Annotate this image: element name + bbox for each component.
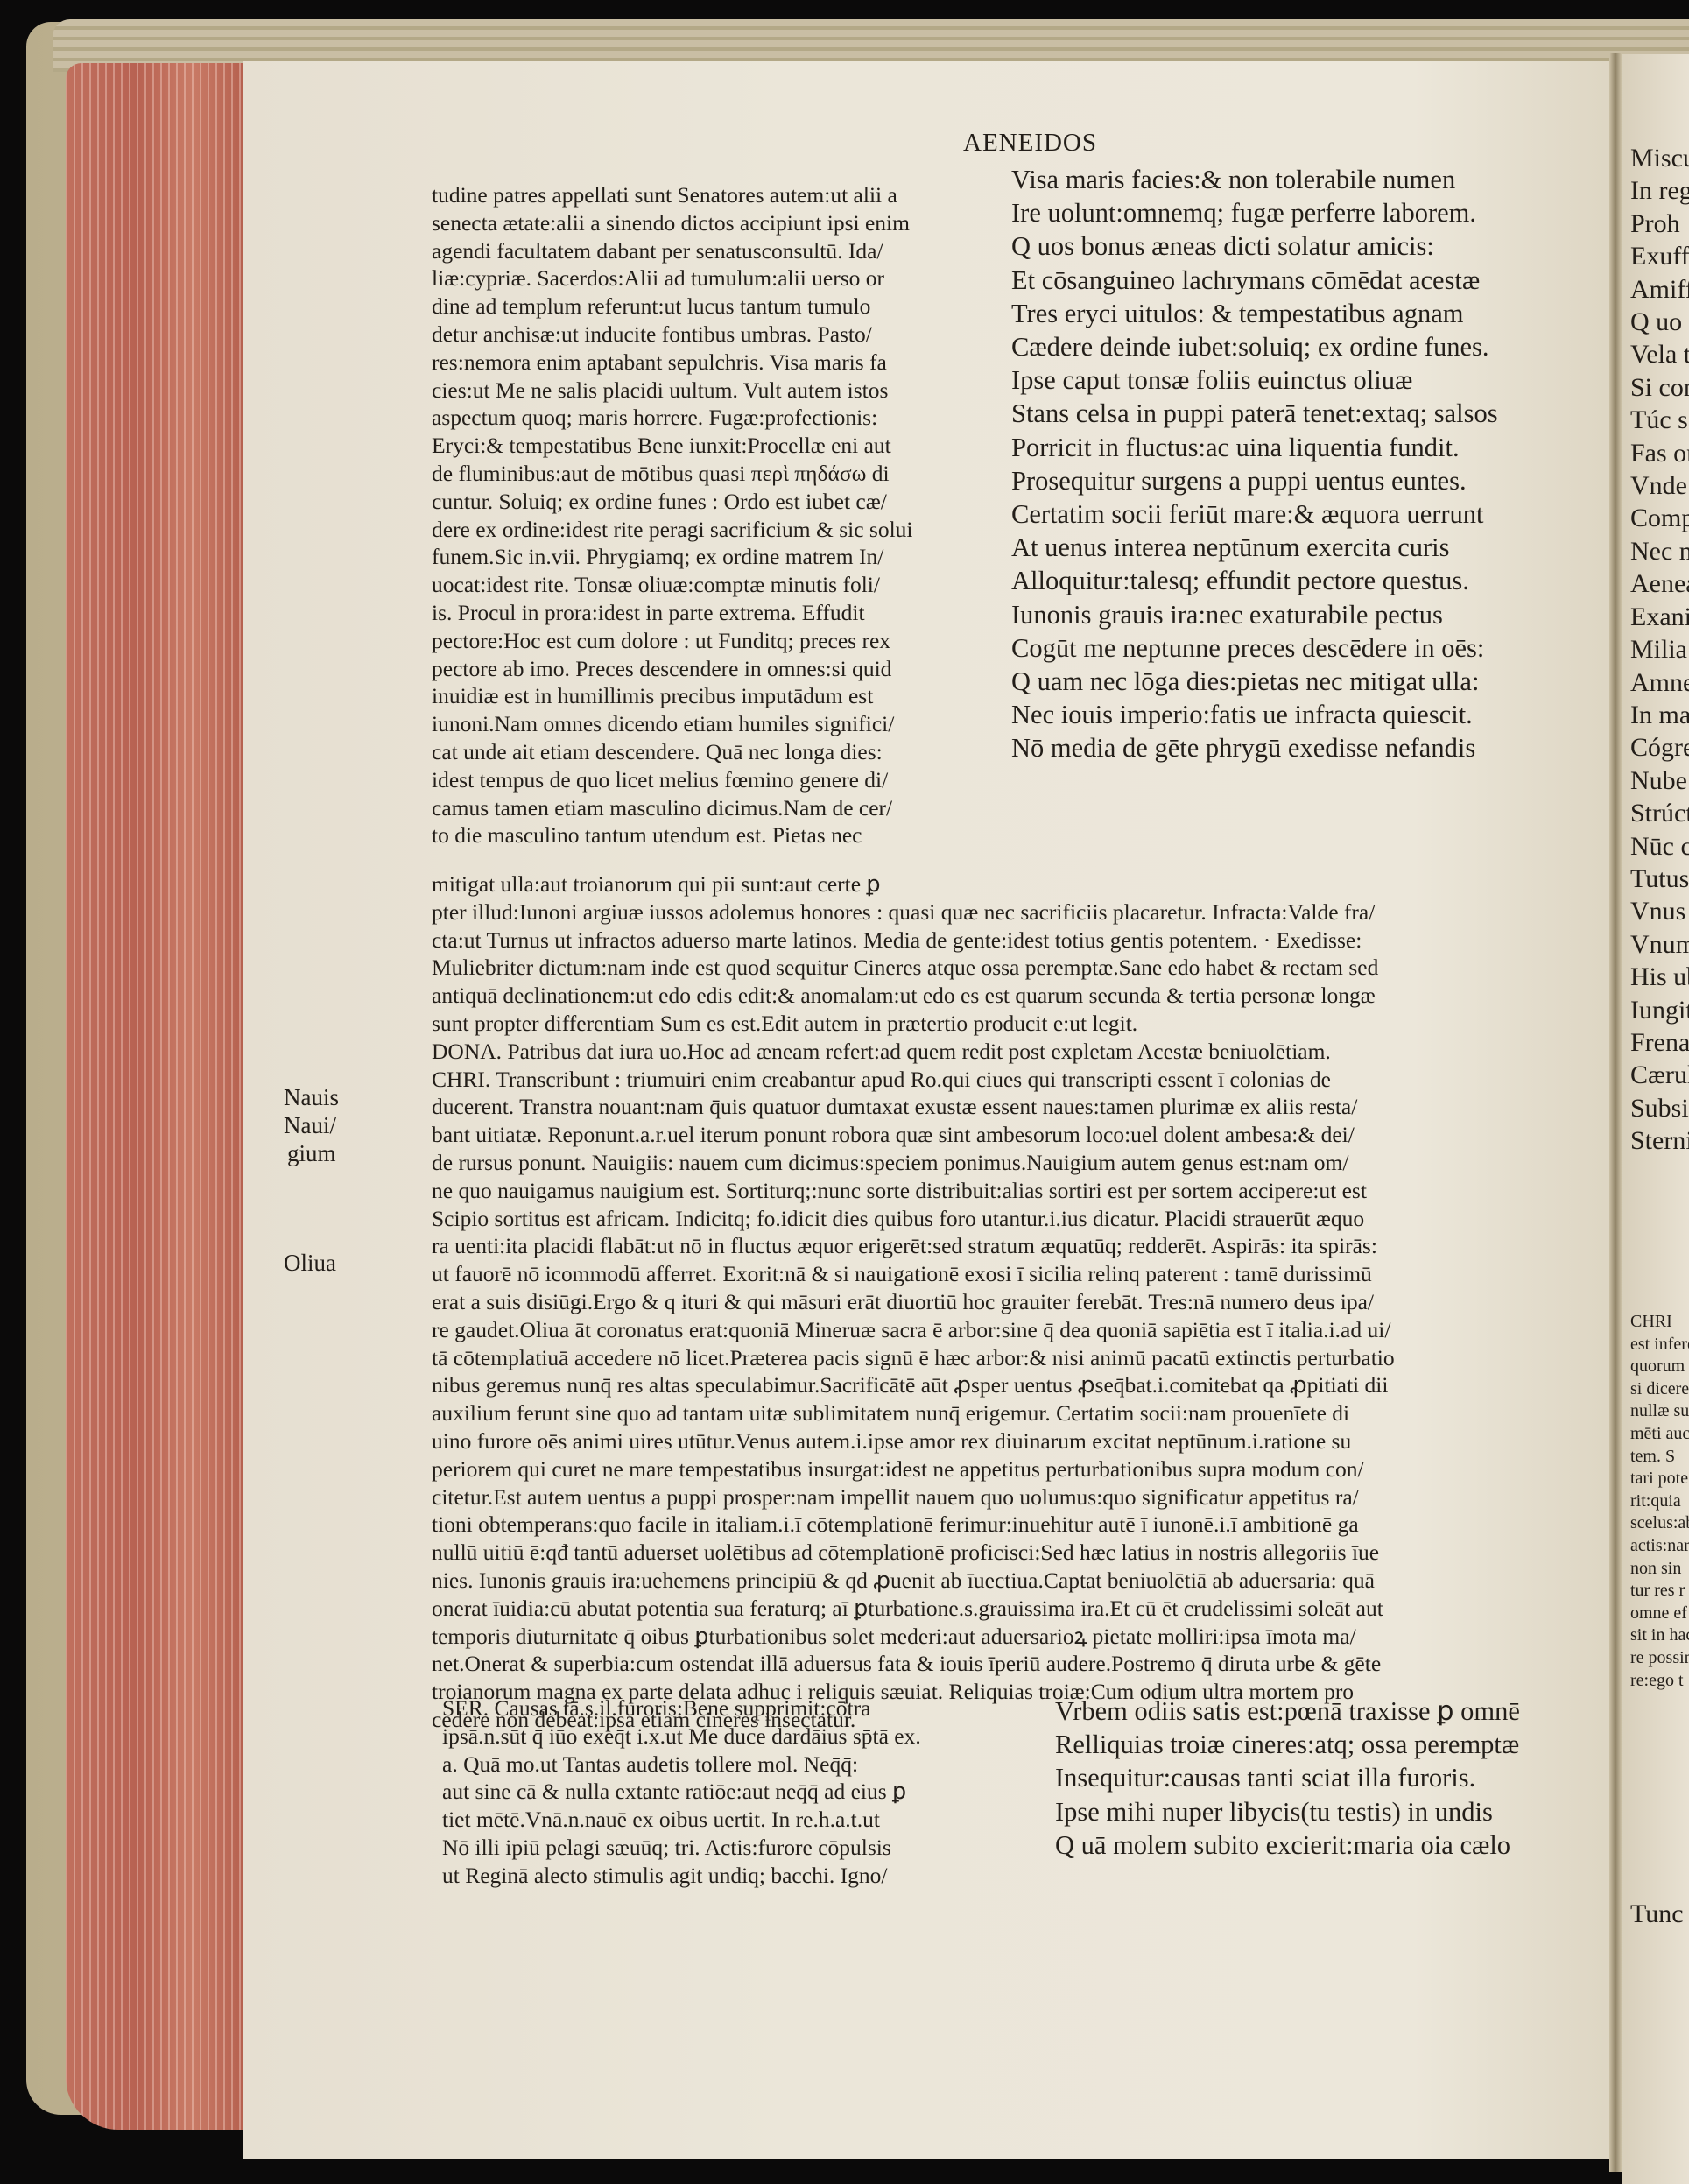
text-line: citetur.Est autem uentus a puppi prosper… bbox=[432, 1483, 1539, 1511]
text-line: senecta ætate:alii a sinendo dictos acci… bbox=[432, 209, 1010, 237]
text-line: CHRI. Transcribunt : triumuiri enim crea… bbox=[432, 1066, 1539, 1094]
text-line: Strúct bbox=[1630, 797, 1689, 829]
text-line: actis:nar bbox=[1630, 1535, 1689, 1558]
text-line: tā cōtemplatiuā accedere nō licet.Præter… bbox=[432, 1344, 1539, 1372]
text-line: Cædere deinde iubet:soluiq; ex ordine fu… bbox=[1011, 330, 1537, 363]
text-line: Insequitur:causas tanti sciat illa furor… bbox=[1055, 1761, 1545, 1794]
text-line: Alloquitur:talesq; effundit pectore ques… bbox=[1011, 564, 1537, 597]
text-line: to die masculino tantum utendum est. Pie… bbox=[432, 821, 1010, 849]
text-line: liæ:cypriæ. Sacerdos:Alii ad tumulum:ali… bbox=[432, 264, 1010, 292]
text-line: aut sine cā & nulla extante ratiōe:aut n… bbox=[442, 1778, 1020, 1806]
text-line: Túc sa bbox=[1630, 404, 1689, 436]
facing-page: MiscuIn regProhExuffAmiffQ uoVela tSi co… bbox=[1622, 54, 1689, 2184]
text-line: Exanim bbox=[1630, 601, 1689, 633]
text-line: Q uā molem subito excierit:maria oia cæl… bbox=[1055, 1828, 1545, 1862]
text-line: Et cōsanguineo lachrymans cōmēdat acestæ bbox=[1011, 264, 1537, 297]
text-line: Ipse caput tonsæ foliis euinctus oliuæ bbox=[1011, 363, 1537, 397]
text-line: ut Reginā alecto stimulis agit undiq; ba… bbox=[442, 1862, 1020, 1890]
text-line: Ipse mihi nuper libycis(tu testis) in un… bbox=[1055, 1795, 1545, 1828]
text-line: aspectum quoq; maris horrere. Fugæ:profe… bbox=[432, 404, 1010, 432]
text-line: idest tempus de quo licet melius fœmino … bbox=[432, 766, 1010, 794]
text-line: is. Procul in prora:idest in parte extre… bbox=[432, 599, 1010, 627]
commentary-top-left: tudine patres appellati sunt Senatores a… bbox=[432, 181, 1010, 849]
text-line: Frena f bbox=[1630, 1026, 1689, 1059]
text-line: auxilium ferunt sine quo ad tantam uitæ … bbox=[432, 1399, 1539, 1427]
text-line: Milia bbox=[1630, 633, 1689, 666]
text-line: quorum bbox=[1630, 1356, 1689, 1378]
text-line: de fluminibus:aut de mōtibus quasi περὶ … bbox=[432, 460, 1010, 488]
text-line: Visa maris facies:& non tolerabile numen bbox=[1011, 163, 1537, 196]
text-line: rit:quia bbox=[1630, 1490, 1689, 1513]
red-page-edges bbox=[66, 63, 245, 2130]
text-line: inuidiæ est in humillimis precibus imput… bbox=[432, 682, 1010, 710]
text-line: periorem qui curet ne mare tempestatibus… bbox=[432, 1455, 1539, 1483]
text-line: Tres eryci uitulos: & tempestatibus agna… bbox=[1011, 297, 1537, 330]
text-line: funem.Sic in.vii. Phrygiamq; ex ordine m… bbox=[432, 543, 1010, 571]
text-line: si diceret bbox=[1630, 1378, 1689, 1401]
text-line: uino furore oēs animi uires utūtur.Venus… bbox=[432, 1427, 1539, 1455]
commentary-bottom-left: SER. Causas tā.s.il.furoris:Bene supprim… bbox=[442, 1694, 1020, 1890]
text-line: camus tamen etiam masculino dicimus.Nam … bbox=[432, 794, 1010, 822]
text-line: cuntur. Soluiq; ex ordine funes : Ordo e… bbox=[432, 488, 1010, 516]
text-line: erat a suis disiūgi.Ergo & q ituri & qui… bbox=[432, 1288, 1539, 1316]
text-line: re:ego t bbox=[1630, 1670, 1689, 1693]
text-line: mēti auc bbox=[1630, 1423, 1689, 1446]
text-line: ut fauorē nō icommodū afferret. Exorit:n… bbox=[432, 1260, 1539, 1288]
text-line: sit in hac bbox=[1630, 1624, 1689, 1647]
text-line: Cógres bbox=[1630, 731, 1689, 764]
text-line: nullæ su bbox=[1630, 1400, 1689, 1423]
text-line: antiquā declinationem:ut edo edis edit:&… bbox=[432, 982, 1539, 1010]
text-line: a. Quā mo.ut Tantas audetis tollere mol.… bbox=[442, 1751, 1020, 1779]
text-line: cies:ut Me ne salis placidi uultum. Vult… bbox=[432, 377, 1010, 405]
text-line: Relliquias troiæ cineres:atq; ossa perem… bbox=[1055, 1728, 1545, 1761]
text-line: Si con bbox=[1630, 371, 1689, 404]
text-line: Scipio sortitus est africam. Indicitq; f… bbox=[432, 1205, 1539, 1233]
text-line: de rursus ponunt. Nauigiis: nauem cum di… bbox=[432, 1149, 1539, 1177]
text-line: Amnes bbox=[1630, 666, 1689, 699]
text-line: Vela t bbox=[1630, 338, 1689, 370]
facing-page-tail: Tunc bbox=[1630, 1898, 1684, 1930]
text-line: Comp bbox=[1630, 502, 1689, 534]
text-line: At uenus interea neptūnum exercita curis bbox=[1011, 531, 1537, 564]
text-line: tari pote bbox=[1630, 1468, 1689, 1490]
text-line: Vrbem odiis satis est:pœnā traxisse ꝑ om… bbox=[1055, 1694, 1545, 1728]
text-line: ra uenti:ita placidi flabāt:ut nō in flu… bbox=[432, 1232, 1539, 1260]
text-line: Proh bbox=[1630, 208, 1689, 240]
text-line: pectore ab imo. Preces descendere in omn… bbox=[432, 655, 1010, 683]
text-line: Porricit in fluctus:ac uina liquentia fu… bbox=[1011, 431, 1537, 464]
text-line: Prosequitur surgens a puppi uentus eunte… bbox=[1011, 464, 1537, 497]
text-line: Exuff bbox=[1630, 240, 1689, 272]
verse-top-right: Visa maris facies:& non tolerabile numen… bbox=[1011, 163, 1537, 765]
text-line: His ub bbox=[1630, 961, 1689, 993]
text-line: Stans celsa in puppi paterā tenet:extaq;… bbox=[1011, 397, 1537, 430]
text-line: dere ex ordine:idest rite peragi sacrifi… bbox=[432, 516, 1010, 544]
text-line: Nec iouis imperio:fatis ue infracta quie… bbox=[1011, 698, 1537, 731]
text-line: pectore:Hoc est cum dolore : ut Funditq;… bbox=[432, 627, 1010, 655]
text-line: Amiff bbox=[1630, 273, 1689, 306]
verse-bottom-right: Vrbem odiis satis est:pœnā traxisse ꝑ om… bbox=[1055, 1694, 1545, 1862]
text-line: est infere bbox=[1630, 1334, 1689, 1356]
text-line: Tutus bbox=[1630, 863, 1689, 895]
text-line: Sternit bbox=[1630, 1124, 1689, 1157]
text-line: iunoni.Nam omnes dicendo etiam humiles s… bbox=[432, 710, 1010, 738]
marginal-note: Nauis bbox=[284, 1084, 339, 1112]
text-line: pter illud:Iunoni argiuæ iussos adolemus… bbox=[432, 898, 1539, 926]
text-line: onerat īuidia:cū abutat potentia sua fer… bbox=[432, 1595, 1539, 1623]
commentary-full-width: mitigat ulla:aut troianorum qui pii sunt… bbox=[432, 870, 1539, 1734]
text-line: net.Onerat & superbia:cum ostendat illā … bbox=[432, 1650, 1539, 1678]
text-line: Ire uolunt:omnemq; fugæ perferre laborem… bbox=[1011, 196, 1537, 229]
text-line: nies. Iunonis grauis ira:uehemens princi… bbox=[432, 1567, 1539, 1595]
text-line: bant uitiatæ. Reponunt.a.r.uel iterum po… bbox=[432, 1121, 1539, 1149]
text-line: Nō media de gēte phrygū exedisse nefandi… bbox=[1011, 731, 1537, 764]
text-line: mitigat ulla:aut troianorum qui pii sunt… bbox=[432, 870, 1539, 898]
text-line: Nūc c bbox=[1630, 830, 1689, 863]
text-line: Miscu bbox=[1630, 142, 1689, 174]
text-line: uocat:idest rite. Tonsæ oliuæ:comptæ min… bbox=[432, 571, 1010, 599]
text-line: res:nemora enim aptabant sepulchris. Vis… bbox=[432, 349, 1010, 377]
text-line: Muliebriter dictum:nam inde est quod seq… bbox=[432, 954, 1539, 982]
text-line: tioni obtemperans:quo facile in italiam.… bbox=[432, 1511, 1539, 1539]
text-line: Subsid bbox=[1630, 1092, 1689, 1124]
text-line: tudine patres appellati sunt Senatores a… bbox=[432, 181, 1010, 209]
text-line: omne ef bbox=[1630, 1603, 1689, 1625]
text-line: cat unde ait etiam descendere. Quā nec l… bbox=[432, 738, 1010, 766]
text-line: CHRI bbox=[1630, 1311, 1689, 1334]
text-line: DONA. Patribus dat iura uo.Hoc ad æneam … bbox=[432, 1038, 1539, 1066]
text-line: re gaudet.Oliua āt coronatus erat:quoniā… bbox=[432, 1316, 1539, 1344]
facing-page-commentary: CHRIest inferequorumsi diceretnullæ sumē… bbox=[1630, 1311, 1689, 1692]
text-line: Eryci:& tempestatibus Bene iunxit:Procel… bbox=[432, 432, 1010, 460]
text-line: Iunonis grauis ira:nec exaturabile pectu… bbox=[1011, 598, 1537, 631]
text-line: Vnum bbox=[1630, 928, 1689, 961]
text-line: agendi facultatem dabant per senatuscons… bbox=[432, 237, 1010, 265]
text-line: Fas om bbox=[1630, 437, 1689, 469]
text-line: SER. Causas tā.s.il.furoris:Bene supprim… bbox=[442, 1694, 1020, 1723]
running-head: AENEIDOS bbox=[963, 129, 1097, 158]
text-line: nibus geremus nunq̄ res altas speculabim… bbox=[432, 1371, 1539, 1399]
book-gutter bbox=[1609, 53, 1622, 2172]
text-line: re possim bbox=[1630, 1647, 1689, 1670]
marginal-note: Naui/ bbox=[284, 1112, 336, 1140]
text-line: Cogūt me neptunne preces descēdere in oē… bbox=[1011, 631, 1537, 665]
text-line: Q uos bonus æneas dicti solatur amicis: bbox=[1011, 229, 1537, 263]
text-line: Iungit bbox=[1630, 994, 1689, 1026]
text-line: nullū uitiū ē:qđ tantū aduerset uolētibu… bbox=[432, 1539, 1539, 1567]
text-line: Q uo bbox=[1630, 306, 1689, 338]
text-line: tem. S bbox=[1630, 1446, 1689, 1469]
text-line: ne quo nauigamus nauigium est. Sortiturq… bbox=[432, 1177, 1539, 1205]
text-line: Cærule bbox=[1630, 1059, 1689, 1091]
text-line: Nō illi ipiū pelagi sæuūq; tri. Actis:fu… bbox=[442, 1834, 1020, 1862]
text-line: In reg bbox=[1630, 174, 1689, 207]
text-line: Aeneæ bbox=[1630, 567, 1689, 600]
text-line: Vnus bbox=[1630, 895, 1689, 927]
text-line: scelus:ab bbox=[1630, 1512, 1689, 1535]
text-line: Nec m bbox=[1630, 535, 1689, 567]
text-line: ducerent. Transtra nouant:nam q̄uis quat… bbox=[432, 1093, 1539, 1121]
text-line: detur anchisæ:ut inducite fontibus umbra… bbox=[432, 321, 1010, 349]
marginal-note: gium bbox=[287, 1140, 336, 1168]
text-line: Nube bbox=[1630, 764, 1689, 797]
text-line: temporis diuturnitate q̄ oibus ꝑturbatio… bbox=[432, 1623, 1539, 1651]
text-line: tur res r bbox=[1630, 1580, 1689, 1603]
marginal-note: Oliua bbox=[284, 1250, 336, 1278]
facing-page-tail-line: Tunc bbox=[1630, 1898, 1684, 1930]
text-line: cta:ut Turnus ut infractos aduerso marte… bbox=[432, 926, 1539, 955]
text-line: tiet mētē.Vnā.n.nauē ex oibus uertit. In… bbox=[442, 1806, 1020, 1834]
text-line: In mar bbox=[1630, 699, 1689, 731]
text-line: non sin bbox=[1630, 1558, 1689, 1581]
text-line: ipsā.n.sūt q̄ iūo exeq̄t i.x.ut Me duce … bbox=[442, 1723, 1020, 1751]
text-line: Vnde g bbox=[1630, 469, 1689, 502]
text-line: dine ad templum referunt:ut lucus tantum… bbox=[432, 292, 1010, 321]
text-line: Certatim socii feriūt mare:& æquora uerr… bbox=[1011, 497, 1537, 531]
facing-page-verse: MiscuIn regProhExuffAmiffQ uoVela tSi co… bbox=[1630, 142, 1689, 1158]
text-line: Q uam nec lōga dies:pietas nec mitigat u… bbox=[1011, 665, 1537, 698]
text-line: sunt propter differentiam Sum es est.Edi… bbox=[432, 1010, 1539, 1038]
